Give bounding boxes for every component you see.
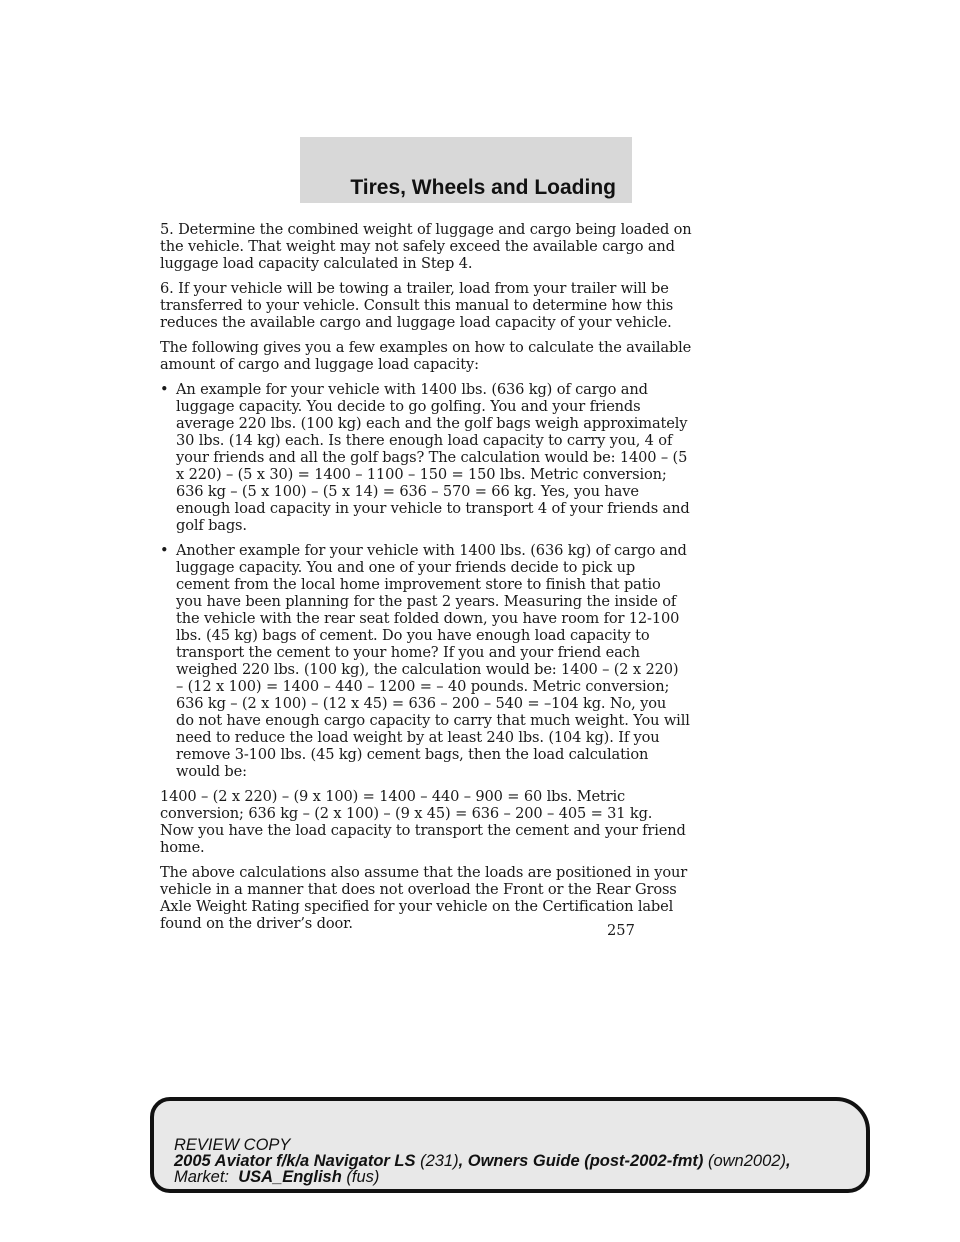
page-number: 257 xyxy=(607,922,635,939)
section-header-band: Tires, Wheels and Loading xyxy=(300,137,632,203)
review-copy-footer: REVIEW COPY 2005 Aviator f/k/a Navigator… xyxy=(150,1097,870,1193)
paragraph-closing: The above calculations also assume that … xyxy=(160,864,640,932)
bullet-example-cement: • Another example for your vehicle with … xyxy=(160,542,640,780)
bullet-icon: • xyxy=(160,542,168,559)
paragraph-intro: The following gives you a few examples o… xyxy=(160,339,640,373)
section-title: Tires, Wheels and Loading xyxy=(350,176,616,200)
footer-text: REVIEW COPY 2005 Aviator f/k/a Navigator… xyxy=(174,1137,791,1185)
paragraph-step-5: 5. Determine the combined weight of lugg… xyxy=(160,221,640,272)
paragraph-step-6: 6. If your vehicle will be towing a trai… xyxy=(160,280,640,331)
footer-model-line: 2005 Aviator f/k/a Navigator LS (231), O… xyxy=(174,1153,791,1169)
paragraph-calculation: 1400 – (2 x 220) – (9 x 100) = 1400 – 44… xyxy=(160,788,640,856)
page-content: 5. Determine the combined weight of lugg… xyxy=(160,221,640,940)
footer-market-line: Market: USA_English (fus) xyxy=(174,1169,791,1185)
bullet-example-golf: • An example for your vehicle with 1400 … xyxy=(160,381,640,534)
bullet-icon: • xyxy=(160,381,168,398)
review-copy-label: REVIEW COPY xyxy=(174,1137,791,1153)
